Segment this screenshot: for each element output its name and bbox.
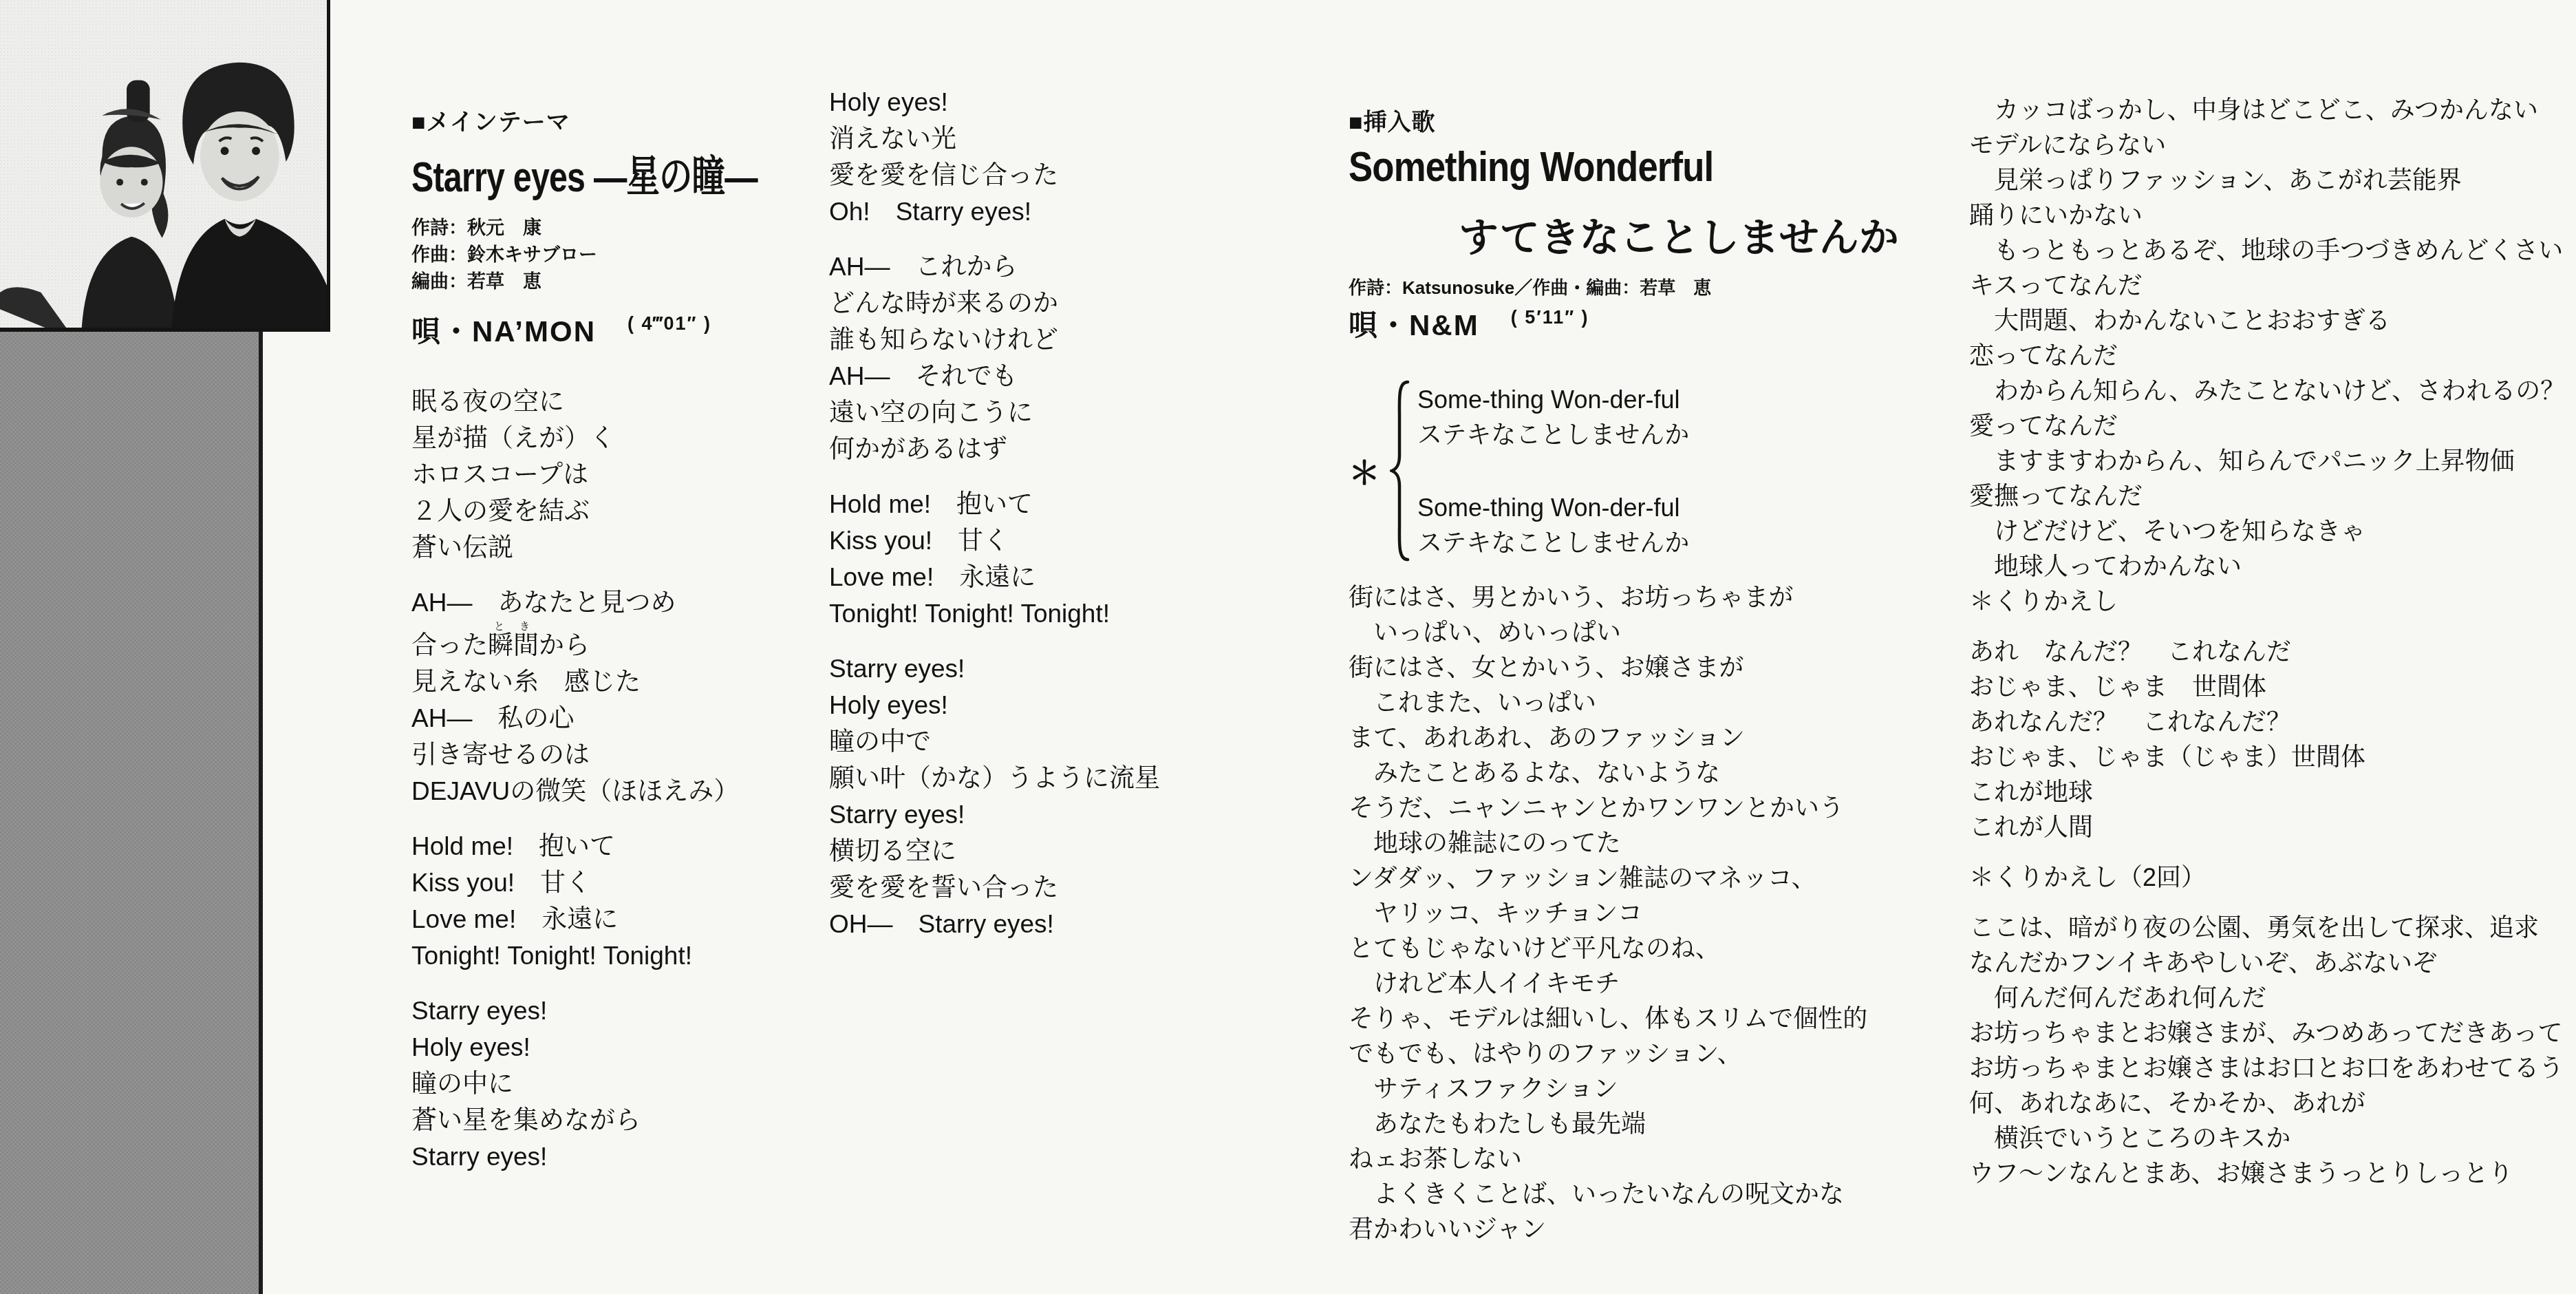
lyric-line: 見えない糸 感じた — [411, 664, 855, 700]
lyric-line: これが地球 — [1969, 774, 2565, 809]
lyric-line: 引き寄せるのは — [411, 736, 855, 773]
song2-lyrics-col3: 街にはさ、男とかいう、お坊っちゃまが いっぱい、めいっぱい街にはさ、女とかいう、… — [1349, 580, 1899, 1247]
credit-line: 編曲：若草 恵 — [411, 268, 855, 295]
credit-line: 作詩：秋元 康 — [411, 215, 855, 242]
lyric-line: 踊りにいかない — [1969, 198, 2565, 233]
lyric-line: でもでも、はやりのファッション、 — [1349, 1036, 1899, 1071]
stanza-gap — [411, 974, 855, 993]
lyric-line: Holy eyes! — [829, 687, 1160, 723]
song2-duration: ( 5′11″ ) — [1511, 303, 1589, 328]
lyric-line: 何かがあるはず — [829, 431, 1160, 467]
lyric-line: ヤリッコ、キッチョンコ — [1349, 895, 1899, 931]
lyric-line: Starry eyes! — [411, 993, 855, 1029]
lyric-line: 横切る空に — [829, 833, 1160, 869]
lyric-line: 眠る夜の空に — [411, 383, 855, 420]
lyric-line: 横浜でいうところのキスか — [1969, 1121, 2565, 1156]
lyric-line: 地球の雑誌にのってた — [1349, 825, 1899, 860]
song2-artist: 唄・N&M — [1349, 303, 1479, 344]
lyric-line: カッコばっかし、中身はどこどこ、みつかんない — [1969, 92, 2565, 127]
lyric-line: Love me! 永遠に — [829, 559, 1160, 595]
lyric-line: Love me! 永遠に — [411, 901, 855, 937]
lyric-line: サティスファクション — [1349, 1071, 1899, 1106]
lyric-line: 街にはさ、男とかいう、お坊っちゃまが — [1349, 580, 1899, 615]
lyric-line: OH― Starry eyes! — [829, 906, 1160, 942]
lyric-line: 愛を愛を信じ合った — [829, 157, 1160, 193]
lyric-line: 君かわいいジャン — [1349, 1211, 1899, 1247]
lyric-line: DEJAVUの微笑（ほほえみ） — [411, 773, 855, 809]
lyric-line: ＊くりかえし（2回） — [1969, 860, 2565, 895]
lyric-line: けれど本人イイキモチ — [1349, 966, 1899, 1001]
lyric-line: 消えない光 — [829, 120, 1160, 157]
lyric-line: ステキなことしませんか — [1417, 417, 1689, 452]
lyric-line: Holy eyes! — [829, 84, 1160, 120]
lyric-line: あれなんだ？ これなんだ？ — [1969, 704, 2565, 739]
lyric-line: 恋ってなんだ — [1969, 338, 2565, 373]
song1-artist-row: 唄・NA’MON ( 4‴01″ ) — [411, 309, 855, 350]
lyric-line: お坊っちゃまとお嬢さまはお口とお口をあわせてるう — [1969, 1050, 2565, 1085]
song1-artist: 唄・NA’MON — [411, 309, 596, 350]
lyric-line: Hold me! 抱いて — [829, 486, 1160, 522]
song1-duration: ( 4‴01″ ) — [627, 309, 711, 335]
lyric-line: ＊くりかえし — [1969, 584, 2565, 619]
stanza-gap — [1969, 619, 2565, 634]
lyric-line: Kiss you! 甘く — [411, 865, 855, 901]
lyric-line: モデルにならない — [1969, 127, 2565, 162]
lyric-line: 何んだ何んだあれ何んだ — [1969, 980, 2565, 1015]
lyric-line: Holy eyes! — [411, 1029, 855, 1065]
lyric-line: AH― これから — [829, 248, 1160, 285]
lyric-line: 見栄っぱりファッション、あこがれ芸能界 — [1969, 162, 2565, 198]
lyric-line: これが人間 — [1969, 809, 2565, 845]
lyric-line: 蒼い伝説 — [411, 529, 855, 566]
lyric-line: 大問題、わかんないことおおすぎる — [1969, 303, 2565, 338]
lyric-line: Tonight! Tonight! Tonight! — [411, 937, 855, 974]
song2-lyrics-col4: カッコばっかし、中身はどこどこ、みつかんないモデルにならない 見栄っぱりファッシ… — [1969, 92, 2565, 1191]
duo-portrait-photo — [0, 0, 330, 332]
song1-credits: 作詩：秋元 康作曲：鈴木キサブロー編曲：若草 恵 — [411, 215, 855, 295]
duo-portrait-illustration — [0, 0, 327, 328]
song2-artist-row: 唄・N&M ( 5′11″ ) — [1349, 303, 1899, 344]
song1-tag: ■メインテーマ — [411, 103, 855, 137]
lyric-line: 誰も知らないけれど — [829, 321, 1160, 358]
song1-title: Starry eyes ―星の瞳― — [411, 142, 855, 204]
stanza-gap — [829, 467, 1160, 486]
lyric-line: ねェお茶しない — [1349, 1141, 1899, 1176]
lyric-line: ２人の愛を結ぶ — [411, 493, 855, 529]
song1-lyrics-col2: Holy eyes!消えない光愛を愛を信じ合ったOh! Starry eyes!… — [829, 84, 1160, 942]
lyric-line: Hold me! 抱いて — [411, 828, 855, 865]
lyric-line: 街にはさ、女とかいう、お嬢さまが — [1349, 650, 1899, 685]
lyric-line: 瞳の中に — [411, 1065, 855, 1102]
song1-lyrics-col1: 眠る夜の空に星が描（えが）くホロスコープは２人の愛を結ぶ蒼い伝説AH― あなたと… — [411, 383, 855, 1175]
lyric-line: 願い叶（かな）うように流星 — [829, 760, 1160, 796]
lyric-line: あなたもわたしも最先端 — [1349, 1106, 1899, 1141]
lyric-line: Some-thing Won-der-ful — [1417, 382, 1689, 417]
credit-line: 作曲：鈴木キサブロー — [411, 242, 855, 268]
lyric-line: 地球人ってわかんない — [1969, 549, 2565, 584]
lyric-line: そうだ、ニャンニャンとかワンワンとかいう — [1349, 790, 1899, 825]
lyric-line: 遠い空の向こうに — [829, 394, 1160, 431]
lyric-line: とてもじゃないけど平凡なのね、 — [1349, 931, 1899, 966]
left-brace-icon — [1390, 379, 1410, 563]
song2-refrain-lines: Some-thing Won-der-fulステキなことしませんかSome-th… — [1417, 382, 1689, 560]
lyric-line: AH― それでも — [829, 358, 1160, 394]
lyric-line: Oh! Starry eyes! — [829, 193, 1160, 230]
lyric-line: おじゃま、じゃま（じゃま）世間体 — [1969, 739, 2565, 774]
lyric-line: AH― あなたと見つめ — [411, 584, 855, 621]
column-something-wonderful-header: ■挿入歌 Something Wonderful すてきなことしませんか 作詩：… — [1349, 103, 1899, 1247]
lyric-line: いっぱい、めいっぱい — [1349, 615, 1899, 650]
lyric-line: わからん知らん、みたことないけど、さわれるの？ — [1969, 373, 2565, 408]
lyric-line: これまた、いっぱい — [1349, 685, 1899, 720]
gray-stripe — [0, 332, 263, 1294]
column-starry-eyes-header: ■メインテーマ Starry eyes ―星の瞳― 作詩：秋元 康作曲：鈴木キサ… — [411, 103, 855, 1175]
refrain-asterisk-marker: ＊ — [1349, 448, 1380, 494]
lyric-line: Starry eyes! — [411, 1138, 855, 1175]
lyric-line: ウフ〜ンなんとまあ、お嬢さまうっとりしっとり — [1969, 1156, 2565, 1191]
lyric-line: どんな時が来るのか — [829, 285, 1160, 321]
lyric-line: Starry eyes! — [829, 796, 1160, 833]
lyric-line: 蒼い星を集めながら — [411, 1102, 855, 1138]
song2-credits: 作詩：Katsunosuke／作曲・編曲：若草 恵 — [1349, 274, 1899, 301]
lyric-line: ステキなことしませんか — [1417, 525, 1689, 560]
lyric-line: Kiss you! 甘く — [829, 522, 1160, 559]
lyric-line: もっともっとあるぞ、地球の手つづきめんどくさい — [1969, 233, 2565, 268]
lyric-line: あれ なんだ？ これなんだ — [1969, 634, 2565, 669]
lyric-line: キスってなんだ — [1969, 268, 2565, 303]
lyric-line: 愛撫ってなんだ — [1969, 478, 2565, 513]
lyric-line: Tonight! Tonight! Tonight! — [829, 595, 1160, 632]
song2-tag: ■挿入歌 — [1349, 103, 1899, 137]
lyric-line: なんだかフンイキあやしいぞ、あぶないぞ — [1969, 945, 2565, 980]
column-something-wonderful-cont: カッコばっかし、中身はどこどこ、みつかんないモデルにならない 見栄っぱりファッシ… — [1969, 92, 2565, 1191]
song2-subtitle: すてきなことしませんか — [1459, 205, 1899, 263]
lyric-line: おじゃま、じゃま 世間体 — [1969, 669, 2565, 704]
lyric-line: よくきくことば、いったいなんの呪文かな — [1349, 1176, 1899, 1211]
lyric-line: みたことあるよな、ないような — [1349, 755, 1899, 790]
lyric-line: Some-thing Won-der-ful — [1417, 490, 1689, 525]
lyric-line: そりゃ、モデルは細いし、体もスリムで個性的 — [1349, 1001, 1899, 1036]
lyric-line: 愛を愛を誓い合った — [829, 869, 1160, 906]
stanza-gap — [1969, 845, 2565, 860]
lyric-line: けどだけど、そいつを知らなきゃ — [1969, 513, 2565, 549]
lyric-line: お坊っちゃまとお嬢さまが、みつめあってだきあって — [1969, 1015, 2565, 1050]
stanza-gap — [411, 566, 855, 584]
lyric-line: まて、あれあれ、あのファッション — [1349, 720, 1899, 755]
lyric-line: 何、あれなあに、そかそか、あれが — [1969, 1085, 2565, 1121]
lyric-line: ここは、暗がり夜の公園、勇気を出して探求、追求 — [1969, 910, 2565, 945]
lyric-line: 愛ってなんだ — [1969, 408, 2565, 443]
stanza-gap — [1969, 895, 2565, 910]
stanza-gap — [1417, 452, 1689, 490]
song2-title: Something Wonderful — [1349, 142, 1899, 191]
stanza-gap — [829, 230, 1160, 248]
stanza-gap — [829, 632, 1160, 650]
lyric-line: Starry eyes! — [829, 650, 1160, 687]
lyric-line: 合った瞬間ときから — [411, 621, 855, 664]
lyric-sheet-page: ■メインテーマ Starry eyes ―星の瞳― 作詩：秋元 康作曲：鈴木キサ… — [0, 0, 2576, 1294]
lyric-line: ますますわからん、知らんでパニック上昇物価 — [1969, 443, 2565, 478]
lyric-line: AH― 私の心 — [411, 700, 855, 736]
song2-refrain-block: ＊ Some-thing Won-der-fulステキなことしませんかSome-… — [1349, 379, 1899, 563]
song2-credit-line: 作詩：Katsunosuke／作曲・編曲：若草 恵 — [1349, 274, 1899, 301]
column-starry-eyes-cont: Holy eyes!消えない光愛を愛を信じ合ったOh! Starry eyes!… — [829, 84, 1160, 942]
stanza-gap — [411, 809, 855, 828]
lyric-line: ンダダッ、ファッション雑誌のマネッコ、 — [1349, 860, 1899, 895]
lyric-line: 星が描（えが）く — [411, 420, 855, 456]
lyric-line: ホロスコープは — [411, 456, 855, 493]
lyric-line: 瞳の中で — [829, 723, 1160, 760]
